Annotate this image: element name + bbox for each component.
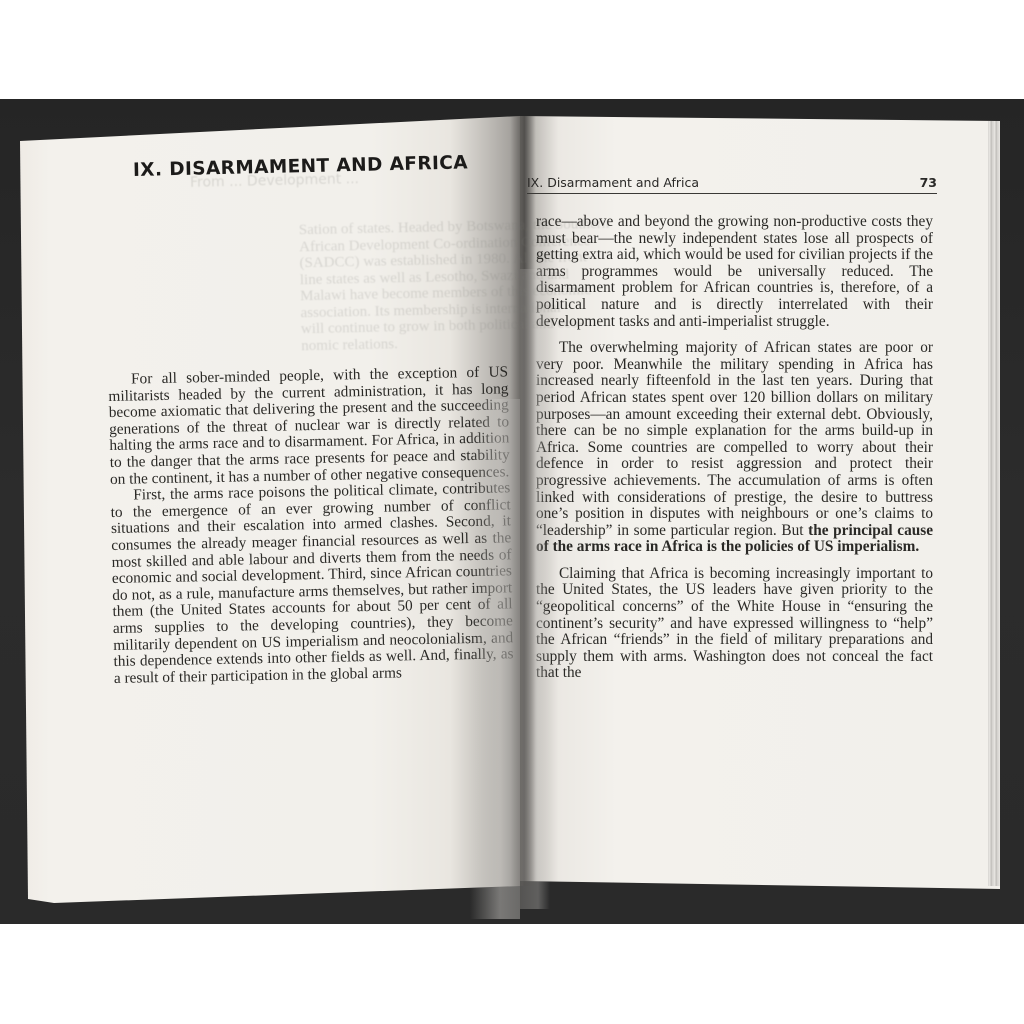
paragraph-text: The overwhelming majority of African sta… — [536, 339, 933, 539]
paragraph: First, the arms race poisons the politic… — [110, 480, 514, 687]
paragraph: For all sober-minded people, with the ex… — [108, 364, 510, 488]
page-edges — [988, 121, 1000, 886]
paragraph: race—above and beyond the growing non-pr… — [536, 214, 933, 330]
right-page-body: race—above and beyond the growing non-pr… — [536, 214, 933, 682]
page-number: 73 — [920, 175, 937, 190]
paragraph: Claiming that Africa is becoming increas… — [536, 566, 933, 682]
running-head: IX. Disarmament and Africa 73 — [527, 175, 937, 194]
paragraph: The overwhelming majority of African sta… — [536, 340, 933, 556]
book-photo: From ... Development ... Sation of state… — [0, 99, 1024, 924]
running-head-title: IX. Disarmament and Africa — [527, 175, 699, 190]
left-page-body: For all sober-minded people, with the ex… — [108, 364, 514, 687]
